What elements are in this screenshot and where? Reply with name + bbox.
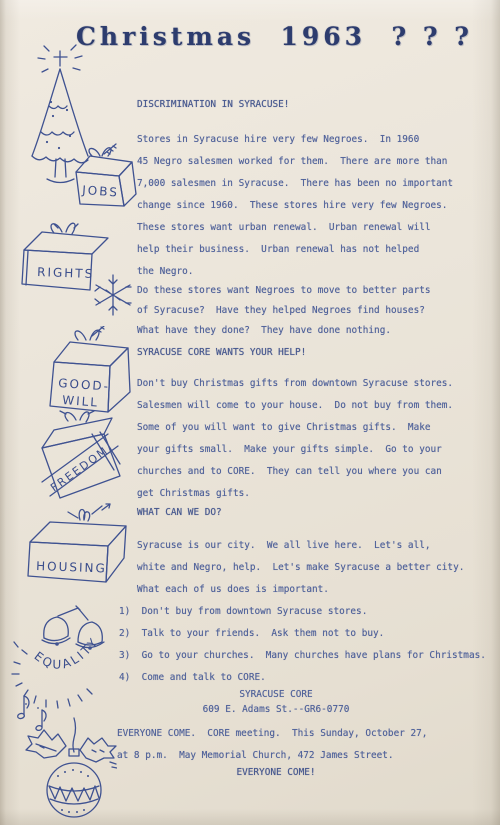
- gift-jobs-label: JOBS: [81, 183, 120, 200]
- flyer-title: Christmas 1963 ? ? ?: [76, 22, 473, 51]
- gift-housing-label: HOUSING: [36, 559, 107, 575]
- holly-left-leaf: [26, 730, 66, 758]
- meeting-block: EVERYONE COME. CORE meeting. This Sunday…: [117, 723, 467, 767]
- gift-goodwill-label-line1: GOOD-: [58, 376, 111, 394]
- text-line: of Syracuse? Have they helped Negroes fi…: [137, 301, 487, 321]
- text-line: 7,000 salesmen in Syracuse. There has be…: [137, 173, 487, 195]
- text-line: Don't buy Christmas gifts from downtown …: [137, 373, 487, 395]
- closing-line: EVERYONE COME!: [120, 767, 432, 778]
- meeting-line: EVERYONE COME. CORE meeting. This Sunday…: [117, 723, 467, 745]
- action-item: 1) Don't buy from downtown Syracuse stor…: [119, 601, 469, 623]
- text-line: What each of us does is important.: [137, 579, 487, 601]
- discrimination-paragraph-1: Stores in Syracuse hire very few Negroes…: [137, 129, 487, 283]
- snowflake-icon: [90, 272, 136, 318]
- gift-freedom-icon: FREEDOM: [28, 410, 133, 515]
- holly-right-leaf: [80, 738, 116, 762]
- gift-jobs-icon: JOBS: [66, 142, 144, 220]
- action-paragraph: Syracuse is our city. We all live here. …: [137, 535, 487, 601]
- action-list: 1) Don't buy from downtown Syracuse stor…: [119, 601, 469, 689]
- text-line: Salesmen will come to your house. Do not…: [137, 395, 487, 417]
- text-line: Some of you will want to give Christmas …: [137, 417, 487, 439]
- what-can-we-do-heading: WHAT CAN WE DO?: [137, 507, 487, 518]
- org-address: 609 E. Adams St.--GR6-0770: [120, 702, 432, 717]
- text-line: help their business. Urban renewal has n…: [137, 239, 487, 261]
- text-line: get Christmas gifts.: [137, 483, 487, 505]
- action-item: 4) Come and talk to CORE.: [119, 667, 469, 689]
- text-line: your gifts small. Make your gifts simple…: [137, 439, 487, 461]
- discrimination-heading: DISCRIMINATION IN SYRACUSE!: [137, 99, 487, 110]
- text-line: churches and to CORE. They can tell you …: [137, 461, 487, 483]
- action-item: 3) Go to your churches. Many churches ha…: [119, 645, 469, 667]
- equality-label: EQUALITY: [31, 634, 101, 671]
- org-block: SYRACUSE CORE 609 E. Adams St.--GR6-0770: [120, 687, 432, 717]
- text-line: 45 Negro salesmen worked for them. There…: [137, 151, 487, 173]
- help-heading: SYRACUSE CORE WANTS YOUR HELP!: [137, 347, 487, 358]
- help-paragraph: Don't buy Christmas gifts from downtown …: [137, 373, 487, 505]
- text-line: the Negro.: [137, 261, 487, 283]
- meeting-line: at 8 p.m. May Memorial Church, 472 James…: [117, 745, 467, 767]
- org-name: SYRACUSE CORE: [120, 687, 432, 702]
- text-line: Do these stores want Negroes to move to …: [137, 281, 487, 301]
- flyer-page: Christmas 1963 ? ? ? JOBS RIGHTS: [0, 0, 500, 825]
- gift-rights-label: RIGHTS: [37, 265, 95, 281]
- gift-freedom-label: FREEDOM: [48, 444, 111, 495]
- text-line: These stores want urban renewal. Urban r…: [137, 217, 487, 239]
- ornament-icon: [22, 716, 117, 824]
- text-line: Stores in Syracuse hire very few Negroes…: [137, 129, 487, 151]
- text-line: white and Negro, help. Let's make Syracu…: [137, 557, 487, 579]
- gift-goodwill-label-line2: WILL: [62, 393, 100, 410]
- discrimination-paragraph-2: Do these stores want Negroes to move to …: [137, 281, 487, 341]
- action-item: 2) Talk to your friends. Ask them not to…: [119, 623, 469, 645]
- text-line: What have they done? They have done noth…: [137, 321, 487, 341]
- text-line: Syracuse is our city. We all live here. …: [137, 535, 487, 557]
- gift-housing-icon: HOUSING: [22, 502, 134, 597]
- text-line: change since 1960. These stores hire ver…: [137, 195, 487, 217]
